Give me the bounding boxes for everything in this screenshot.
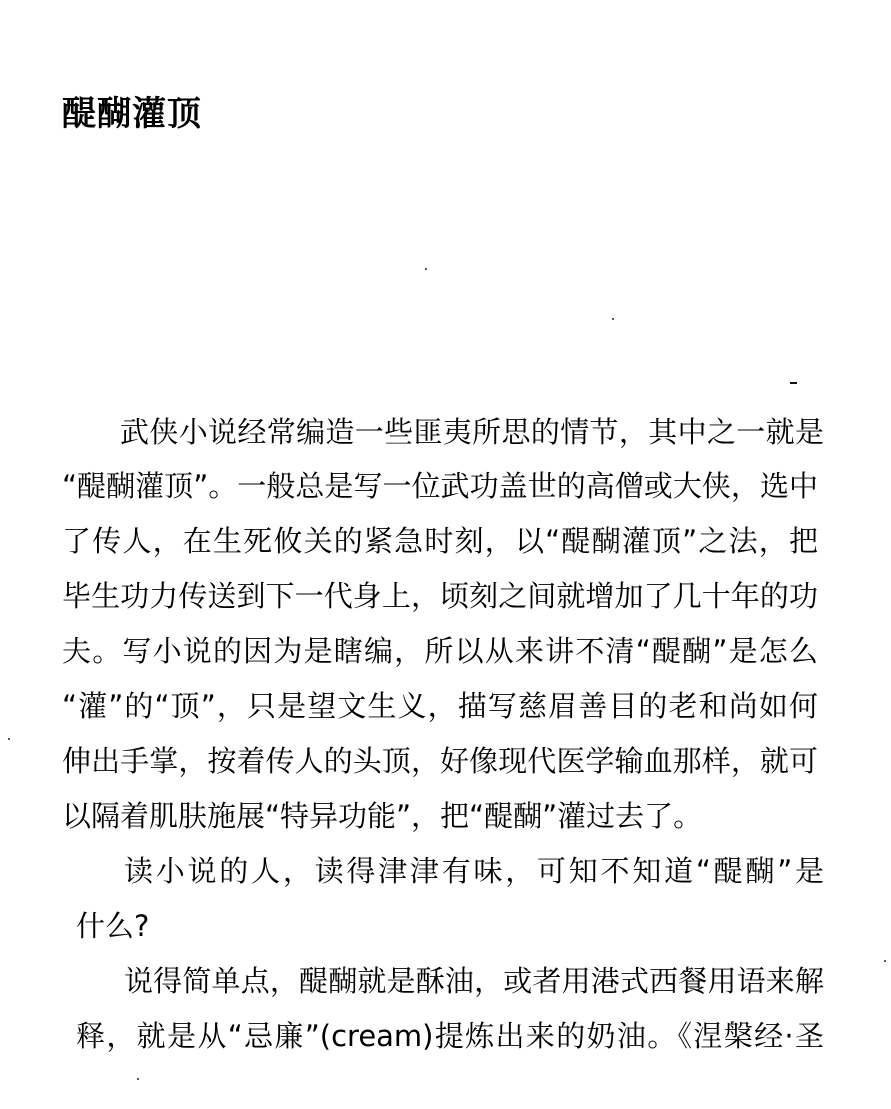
paragraph-line: 武侠小说经常编造一些匪夷所思的情节，其中之一就是	[120, 412, 824, 452]
scan-artifact-dot	[884, 960, 886, 962]
scan-artifact-dash	[790, 382, 797, 384]
scan-artifact-dot	[8, 738, 10, 740]
paragraph-line: 读小说的人，读得津津有味，可知不知道“醍醐”是	[124, 851, 824, 891]
paragraph-line: 说得简单点，醍醐就是酥油，或者用港式西餐用语来解	[124, 961, 824, 1001]
paragraph-line: 毕生功力传送到下一代身上，顷刻之间就增加了几十年的功	[62, 576, 818, 616]
paragraph-line: 以隔着肌肤施展“特异功能”，把“醍醐”灌过去了。	[62, 796, 818, 836]
paragraph-line: 了传人，在生死攸关的紧急时刻，以“醍醐灌顶”之法，把	[62, 521, 818, 561]
paragraph-line: 释，就是从“忌廉”(cream)提炼出来的奶油。《涅槃经·圣	[76, 1016, 824, 1056]
paragraph-line: 夫。写小说的因为是瞎编，所以从来讲不清“醍醐”是怎么	[62, 631, 818, 671]
paragraph-line: 伸出手掌，按着传人的头顶，好像现代医学输血那样，就可	[62, 741, 818, 781]
paragraph-line: 什么?	[76, 906, 832, 946]
scan-artifact-dot	[425, 268, 427, 270]
scan-artifact-dot	[612, 318, 614, 320]
page-title: 醍醐灌顶	[62, 94, 202, 134]
scan-artifact-dot	[137, 1078, 139, 1080]
paragraph-line: “灌”的“顶”，只是望文生义，描写慈眉善目的老和尚如何	[62, 686, 818, 726]
paragraph-line: “醍醐灌顶”。一般总是写一位武功盖世的高僧或大侠，选中	[62, 466, 818, 506]
